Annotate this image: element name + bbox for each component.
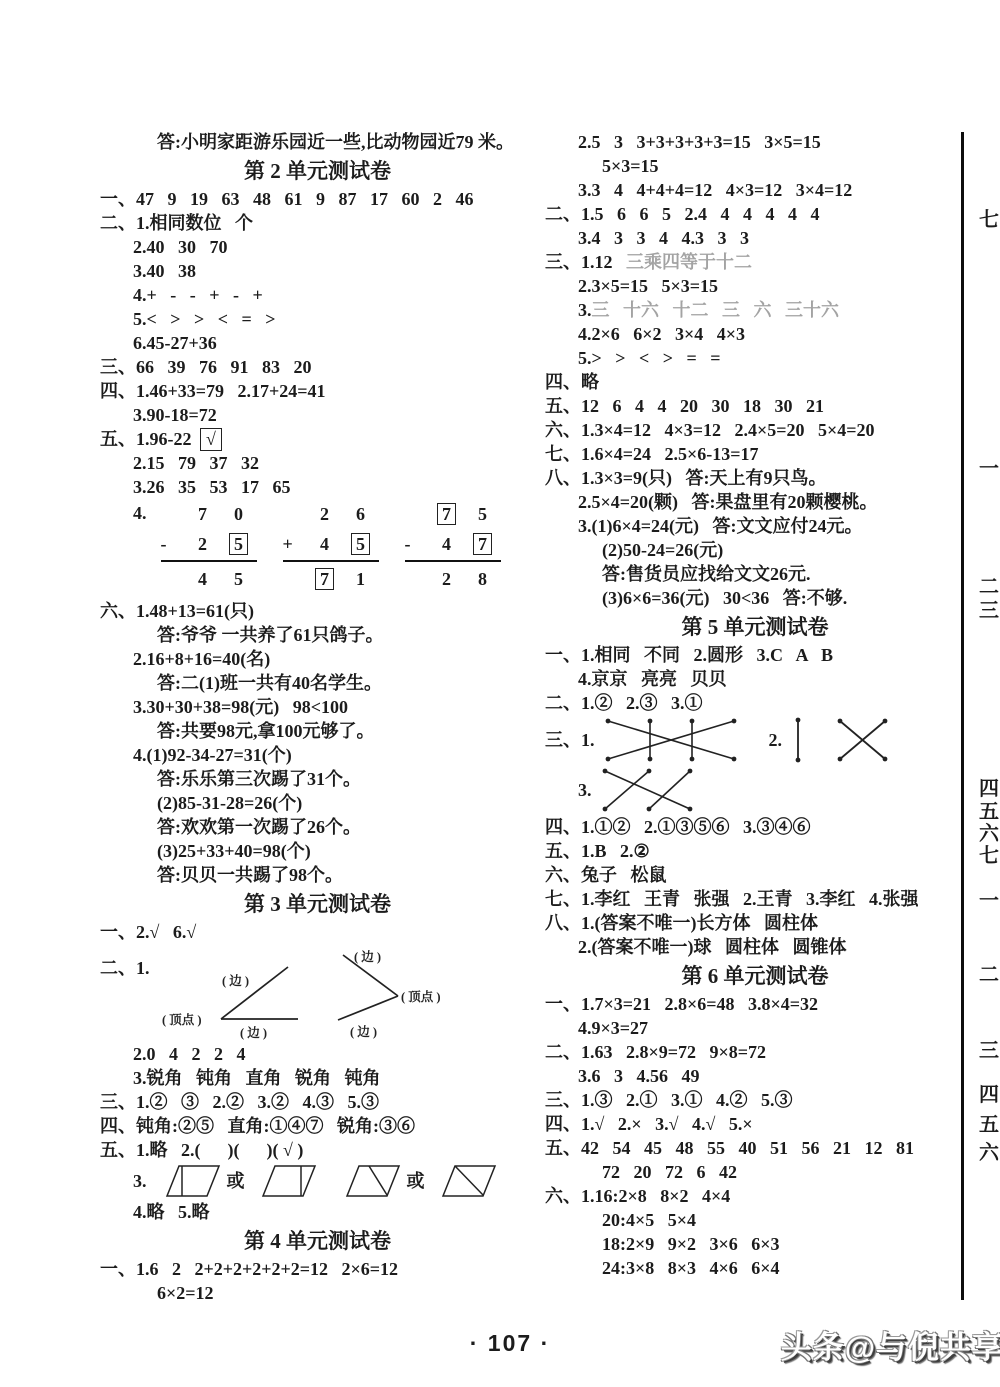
answer-line: 五、1.96-22 √ xyxy=(100,427,535,451)
digit-cell: 7 xyxy=(465,532,501,556)
digit-cell: 6 xyxy=(343,502,379,526)
clipped-edge-char: 七 xyxy=(979,203,999,232)
answer-line: 三、1.12 三乘四等于十二 xyxy=(545,250,965,274)
clipped-edge-char: 二 xyxy=(979,958,999,987)
answer-line: 七、1.6×4=24 2.5×6-13=17 xyxy=(545,442,965,466)
left-column: 答:小明家距游乐园近一些,比动物园近79 米。第 2 单元测试卷一、47 9 1… xyxy=(100,130,535,1305)
side-label: ( 边 ) xyxy=(350,1024,377,1039)
answer-line: 一、1.7×3=21 2.8×6=48 3.8×4=32 xyxy=(545,992,965,1016)
answer-line: 一、1.相同 不同 2.圆形 3.C A B xyxy=(545,643,965,667)
digit-cell: 0 xyxy=(221,502,257,526)
answer-line: 4.(1)92-34-27=31(个) xyxy=(133,743,535,767)
diagram-row: 3. 或 或 xyxy=(133,1162,535,1200)
angle-diagram: ( 顶点 ) ( 边 ) ( 边 ) ( 边 ) ( 顶点 ) ( 边 ) xyxy=(158,944,468,1042)
segments-diagram xyxy=(792,715,892,765)
vertex-label: ( 顶点 ) xyxy=(162,1012,202,1027)
answer-line: 4.京京 亮亮 贝贝 xyxy=(578,667,965,691)
answer-line: 五、42 54 45 48 55 40 51 56 21 12 81 xyxy=(545,1136,965,1160)
section-title: 第 2 单元测试卷 xyxy=(100,156,535,186)
item-label: 3. xyxy=(133,1169,147,1193)
answer-line: 3.(1)6×4=24(元) 答:文文应付24元。 xyxy=(578,514,965,538)
answer-line: 二、1.5 6 6 5 2.4 4 4 4 4 4 xyxy=(545,202,965,226)
answer-line: 2.3×5=15 5×3=15 xyxy=(578,274,965,298)
answer-line: 3.6 3 4.56 49 xyxy=(578,1064,965,1088)
side-label: ( 边 ) xyxy=(240,1025,267,1040)
sum-rule-line xyxy=(405,560,501,562)
faded-answer-text: 三 十六 十二 三 六 三十六 xyxy=(592,300,840,320)
answer-line: 4.略 5.略 xyxy=(133,1200,535,1224)
answer-line: 三、1.③ 2.① 3.① 4.② 5.③ xyxy=(545,1088,965,1112)
answer-line: (2)50-24=26(元) xyxy=(602,538,965,562)
digit-cell: 7 xyxy=(307,567,343,591)
answer-line: 四、1.√ 2.× 3.√ 4.√ 5.× xyxy=(545,1112,965,1136)
answer-line: 5.> > < > = = xyxy=(578,346,965,370)
boxed-digit: 5 xyxy=(229,533,248,555)
answer-line: 2.(答案不唯一)球 圆柱体 圆锥体 xyxy=(578,935,965,959)
answer-line: 四、钝角:②⑤ 直角:①④⑦ 锐角:③⑥ xyxy=(100,1114,535,1138)
answer-line: 3.三 十六 十二 三 六 三十六 xyxy=(578,298,965,322)
digit-cell: 4 xyxy=(429,532,465,556)
section-title: 第 3 单元测试卷 xyxy=(100,889,535,919)
answer-line: 答:小明家距游乐园近一些,比动物园近79 米。 xyxy=(157,130,535,154)
faded-answer-text: 三乘四等于十二 xyxy=(626,252,752,272)
clipped-edge-char: 一 xyxy=(979,452,999,481)
digit-cell: 7 xyxy=(429,502,465,526)
or-label: 或 xyxy=(227,1169,245,1193)
answer-line: 4.2×6 6×2 3×4 4×3 xyxy=(578,322,965,346)
answer-line: (3)6×6=36(元) 30<36 答:不够. xyxy=(602,586,965,610)
answer-line: 5.< > > < = > xyxy=(133,307,535,331)
operator-cell: + xyxy=(283,532,307,556)
item-label: 三、1. xyxy=(545,728,595,752)
answer-line: 五、1.B 2.② xyxy=(545,839,965,863)
answer-line: 2.16+8+16=40(名) xyxy=(133,647,535,671)
answer-line: 六、1.48+13=61(只) xyxy=(100,599,535,623)
answer-line: 四、1.46+33=79 2.17+24=41 xyxy=(100,379,535,403)
operator-cell: - xyxy=(405,532,429,556)
answer-line: 一、47 9 19 63 48 61 9 87 17 60 2 46 xyxy=(100,187,535,211)
answer-line: 三、1.② ③ 2.② 3.② 4.③ 5.③ xyxy=(100,1090,535,1114)
digit-cell: 2 xyxy=(185,532,221,556)
answer-line: 20:4×5 5×4 xyxy=(602,1208,965,1232)
answer-line: 3.90-18=72 xyxy=(133,403,535,427)
operator-cell: - xyxy=(161,532,185,556)
clipped-edge-char: 三 xyxy=(979,1034,999,1063)
clipped-edge-char: 四 xyxy=(979,1078,999,1107)
digit-cell: 8 xyxy=(465,567,501,591)
text-span: 五、1.96-22 xyxy=(100,429,196,449)
digit-cell: 5 xyxy=(465,502,501,526)
answer-line: 二、1.② 2.③ 3.① xyxy=(545,691,965,715)
answer-line: 3.26 35 53 17 65 xyxy=(133,475,535,499)
digit-cell: 5 xyxy=(343,532,379,556)
answer-line: (2)85-31-28=26(个) xyxy=(157,791,535,815)
sum-rule-line xyxy=(161,560,257,562)
clipped-edge-char: 一 xyxy=(979,884,999,913)
boxed-digit: 7 xyxy=(473,533,492,555)
watermark: 头条@与倪共享 xyxy=(781,1322,1000,1367)
digit-cell: 2 xyxy=(307,502,343,526)
clipped-edge-char: 七 xyxy=(979,839,999,868)
answer-line: 3.3 4 4+4+4=12 4×3=12 3×4=12 xyxy=(578,178,965,202)
digit-cell: 4 xyxy=(307,532,343,556)
answer-line: 答:二(1)班一共有40名学生。 xyxy=(157,671,535,695)
side-label: ( 边 ) xyxy=(222,973,249,988)
answer-line: 2.0 4 2 2 4 xyxy=(133,1042,535,1066)
answer-line: 答:乐乐第三次踢了31个。 xyxy=(157,767,535,791)
boxed-digit: 5 xyxy=(351,533,370,555)
or-label: 或 xyxy=(407,1169,425,1193)
answer-line: 3.30+30+38=98(元) 98<100 xyxy=(133,695,535,719)
text-span: 3. xyxy=(578,300,592,320)
answer-line: 2.15 79 37 32 xyxy=(133,451,535,475)
answer-line: 答:欢欢第一次踢了26个。 xyxy=(157,815,535,839)
answer-line: 2.40 30 70 xyxy=(133,235,535,259)
answer-line: 5×3=15 xyxy=(602,154,965,178)
parallelogram-split-diagram xyxy=(431,1162,497,1200)
answer-line: 五、1.略 2.( )( )( √ ) xyxy=(100,1138,535,1162)
columnar-arithmetic-row: 4.70-254526+457175-4728 xyxy=(133,499,535,599)
answer-line: (3)25+33+40=98(个) xyxy=(157,839,535,863)
answer-line: 72 20 72 6 42 xyxy=(602,1160,965,1184)
answer-line: 2.5×4=20(颗) 答:果盘里有20颗樱桃。 xyxy=(578,490,965,514)
answer-line: 18:2×9 9×2 3×6 6×3 xyxy=(602,1232,965,1256)
diagram-row: 二、1. ( 顶点 ) ( 边 ) ( 边 ) ( 边 ) ( 顶点 ) ( 边… xyxy=(100,944,535,1042)
digit-cell: 4 xyxy=(185,567,221,591)
answer-line: 答:共要98元,拿100元够了。 xyxy=(157,719,535,743)
answer-line: 四、略 xyxy=(545,370,965,394)
boxed-digit: 7 xyxy=(315,568,334,590)
answer-line: 三、66 39 76 91 83 20 xyxy=(100,355,535,379)
side-label: ( 边 ) xyxy=(354,949,381,964)
answer-line: 一、1.6 2 2+2+2+2+2+2=12 2×6=12 xyxy=(100,1257,535,1281)
answer-line: 答:贝贝一共踢了98个。 xyxy=(157,863,535,887)
answer-line: 六、1.16:2×8 8×2 4×4 xyxy=(545,1184,965,1208)
answer-line: 答:售货员应找给文文26元. xyxy=(602,562,965,586)
answer-line: 七、1.李红 王青 张强 2.王青 3.李红 4.张强 xyxy=(545,887,965,911)
answer-line: 6.45-27+36 xyxy=(133,331,535,355)
answer-line: 6×2=12 xyxy=(157,1281,535,1305)
answer-line: 4.9×3=27 xyxy=(578,1016,965,1040)
answer-line: 4.+ - - + - + xyxy=(133,283,535,307)
clipped-edge-char: 五 xyxy=(979,1108,999,1137)
answer-line: 六、兔子 松鼠 xyxy=(545,863,965,887)
columnar-problem: 70-2545 xyxy=(161,499,257,594)
item-2-label: 2. xyxy=(769,728,783,752)
answer-line: 一、2.√ 6.√ xyxy=(100,920,535,944)
answer-line: 2.5 3 3+3+3+3+3=15 3×5=15 xyxy=(578,130,965,154)
item-label: 4. xyxy=(133,499,147,525)
matching-lines-diagram xyxy=(603,715,739,765)
section-title: 第 4 单元测试卷 xyxy=(100,1226,535,1256)
answer-line: 24:3×8 8×3 4×6 6×4 xyxy=(602,1256,965,1280)
digit-cell: 5 xyxy=(221,567,257,591)
diagram-row: 3. xyxy=(578,765,965,815)
clipped-edge-char: 三 xyxy=(979,594,999,623)
answer-line: 八、1.3×3=9(只) 答:天上有9只鸟。 xyxy=(545,466,965,490)
section-title: 第 6 单元测试卷 xyxy=(545,961,965,991)
section-title: 第 5 单元测试卷 xyxy=(545,612,965,642)
page-number: · 107 · xyxy=(430,1330,590,1357)
digit-cell: 7 xyxy=(185,502,221,526)
workbook-answer-page: 答:小明家距游乐园近一些,比动物园近79 米。第 2 单元测试卷一、47 9 1… xyxy=(0,0,1000,1387)
answer-line: 八、1.(答案不唯一)长方体 圆柱体 xyxy=(545,911,965,935)
answer-line: 3.4 3 3 4 4.3 3 3 xyxy=(578,226,965,250)
boxed-check: √ xyxy=(200,428,222,451)
item-label: 3. xyxy=(578,778,592,802)
vertex-label: ( 顶点 ) xyxy=(401,989,441,1004)
matching-lines-diagram xyxy=(600,765,696,815)
answer-line: 二、1.相同数位 个 xyxy=(100,211,535,235)
sum-rule-line xyxy=(283,560,379,562)
answer-line: 二、1.63 2.8×9=72 9×8=72 xyxy=(545,1040,965,1064)
digit-cell: 2 xyxy=(429,567,465,591)
parallelogram-split-diagram xyxy=(335,1162,401,1200)
answer-line: 3.40 38 xyxy=(133,259,535,283)
text-span: 三、1.12 xyxy=(545,252,626,272)
parallelogram-split-diagram xyxy=(155,1162,221,1200)
answer-line: 五、12 6 4 4 20 30 18 30 21 xyxy=(545,394,965,418)
answer-line: 六、1.3×4=12 4×3=12 2.4×5=20 5×4=20 xyxy=(545,418,965,442)
column-divider-line xyxy=(961,132,964,1300)
columnar-problem: 26+4571 xyxy=(283,499,379,594)
answer-line: 3.锐角 钝角 直角 锐角 钝角 xyxy=(133,1066,535,1090)
diagram-row: 三、1. 2. xyxy=(545,715,965,765)
digit-cell: 1 xyxy=(343,567,379,591)
digit-cell: 5 xyxy=(221,532,257,556)
item-label: 二、1. xyxy=(100,944,150,980)
clipped-edge-char: 六 xyxy=(979,1136,999,1165)
columnar-problem: 75-4728 xyxy=(405,499,501,594)
boxed-digit: 7 xyxy=(437,503,456,525)
right-column: 2.5 3 3+3+3+3+3=15 3×5=155×3=153.3 4 4+4… xyxy=(545,130,965,1280)
answer-line: 四、1.①② 2.①③⑤⑥ 3.③④⑥ xyxy=(545,815,965,839)
answer-line: 答:爷爷 一共养了61只鸽子。 xyxy=(157,623,535,647)
parallelogram-split-diagram xyxy=(251,1162,317,1200)
